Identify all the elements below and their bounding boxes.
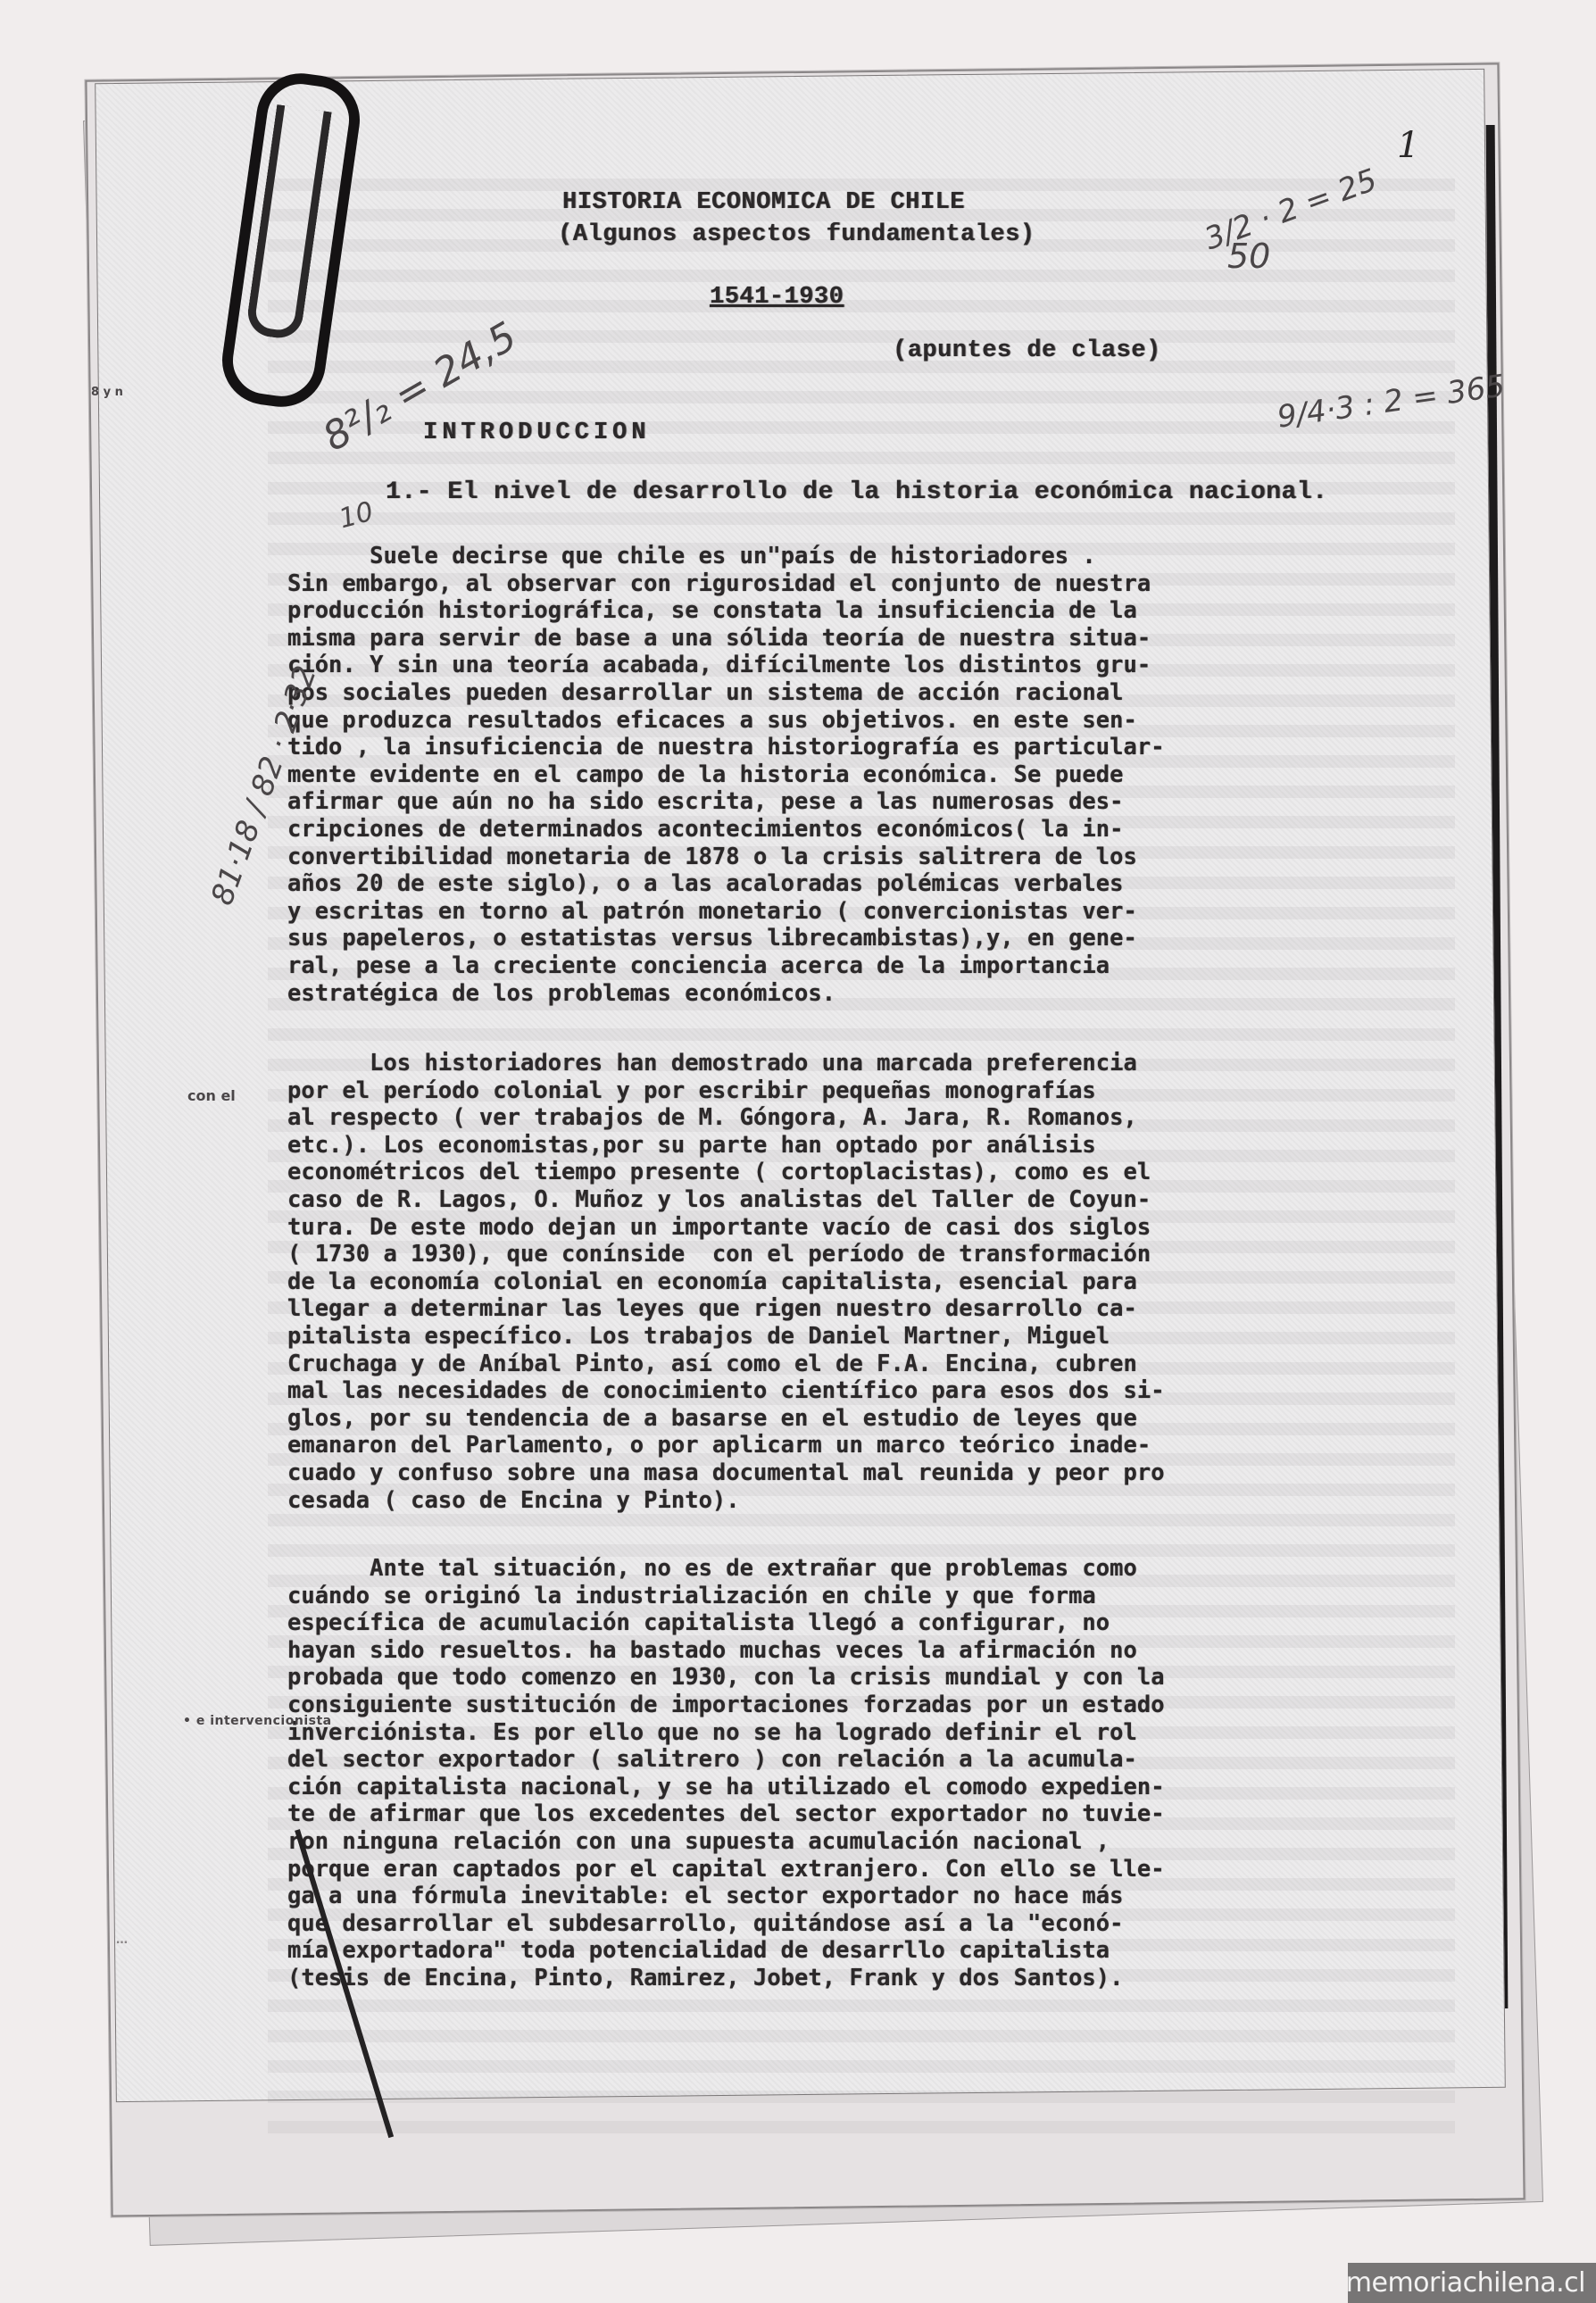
site-watermark[interactable]: memoriachilena.cl [1348, 2263, 1596, 2303]
paragraph-1: Suele decirse que chile es un"país de hi… [287, 543, 1466, 1007]
handwritten-calc-b: 50 [1227, 237, 1270, 276]
page-number: 1 [1397, 125, 1419, 166]
margin-note-left-bottom: … [116, 1933, 128, 1948]
date-range: 1541-1930 [710, 284, 844, 311]
margin-note-top-left: 8 y n [91, 386, 123, 399]
margin-note-left-lower: • e intervencionista [183, 1714, 332, 1728]
watermark-text: memoriachilena.cl [1346, 2267, 1585, 2299]
paragraph-3-text: Ante tal situación, no es de extrañar qu… [287, 1555, 1466, 1992]
paragraph-2-text: Los historiadores han demostrado una mar… [287, 1050, 1466, 1514]
class-notes-label: (apuntes de clase) [893, 337, 1161, 364]
paragraph-2: Los historiadores han demostrado una mar… [287, 1050, 1466, 1514]
introduction-heading: INTRODUCCION [423, 420, 650, 446]
section-heading: 1.- El nivel de desarrollo de la histori… [386, 478, 1327, 506]
document-title: HISTORIA ECONOMICA DE CHILE [562, 189, 965, 216]
document-subtitle: (Algunos aspectos fundamentales) [558, 221, 1035, 248]
margin-note-left-mid: con el [187, 1087, 236, 1104]
paragraph-1-text: Suele decirse que chile es un"país de hi… [287, 543, 1466, 1007]
paragraph-3: Ante tal situación, no es de extrañar qu… [287, 1555, 1466, 1992]
